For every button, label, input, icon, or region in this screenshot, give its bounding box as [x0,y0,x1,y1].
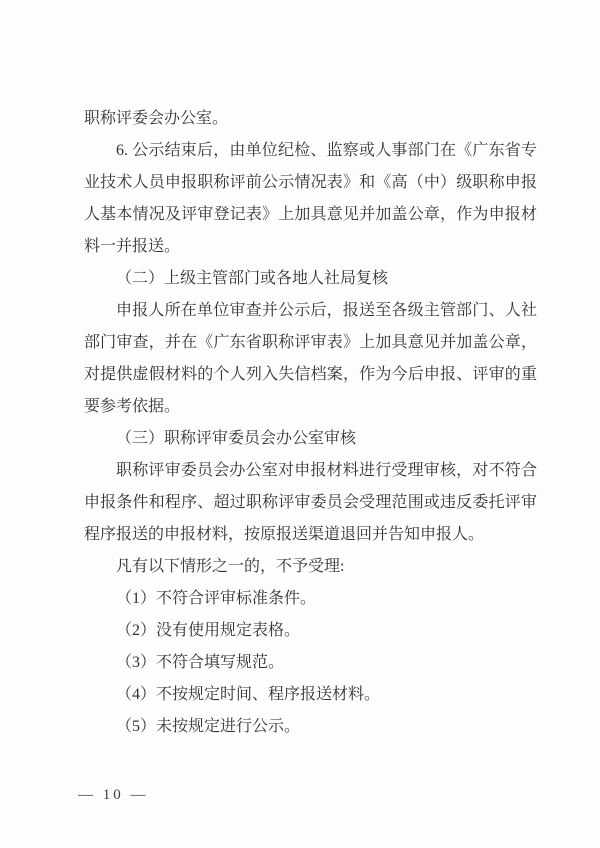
numbered-paragraph-6: 6. 公示结束后，由单位纪检、监察或人事部门在《广东省专业技术人员申报职称评前公… [84,135,537,263]
subsection-heading-3: （三）职称评审委员会办公室审核 [84,423,537,455]
document-page: 职称评委会办公室。 6. 公示结束后，由单位纪检、监察或人事部门在《广东省专业技… [0,0,600,848]
body-paragraph-acceptance: 职称评审委员会办公室对申报材料进行受理审核，对不符合申报条件和程序、超过职称评审… [84,455,537,551]
page-footer: — 10 — [78,785,149,805]
rejection-list-item-1: （1）不符合评审标准条件。 [84,583,537,615]
rejection-list-item-2: （2）没有使用规定表格。 [84,615,537,647]
rejection-intro-line: 凡有以下情形之一的，不予受理: [84,551,537,583]
subsection-heading-2: （二）上级主管部门或各地人社局复核 [84,263,537,295]
rejection-list-item-5: （5）未按规定进行公示。 [84,711,537,743]
page-number: — 10 — [78,787,149,803]
body-paragraph-review: 申报人所在单位审查并公示后，报送至各级主管部门、人社部门审查，并在《广东省职称评… [84,295,537,423]
rejection-list-item-4: （4）不按规定时间、程序报送材料。 [84,679,537,711]
rejection-list-item-3: （3）不符合填写规范。 [84,647,537,679]
document-body: 职称评委会办公室。 6. 公示结束后，由单位纪检、监察或人事部门在《广东省专业技… [84,103,537,743]
continuation-paragraph: 职称评委会办公室。 [84,103,537,135]
